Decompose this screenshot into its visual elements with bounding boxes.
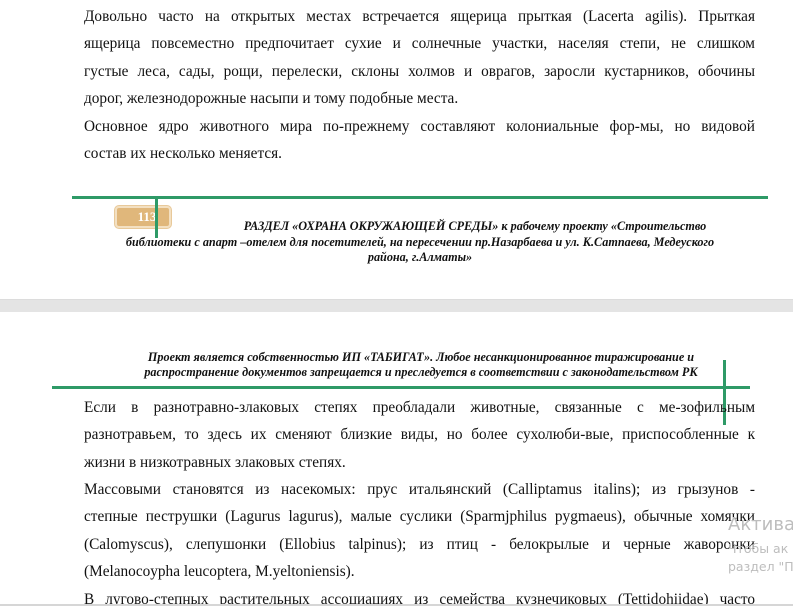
page-footer: РАЗДЕЛ «ОХРАНА ОКРУЖАЮЩЕЙ СРЕДЫ» к рабоч… <box>88 219 752 266</box>
paragraph-lizard: Довольно часто на открытых местах встреч… <box>84 3 755 112</box>
footer-line-2: библиотеки с апарт –отелем для посетител… <box>88 235 752 251</box>
header-rule <box>52 386 750 389</box>
text-line: жизни в низкотравных злаковых степях. <box>84 449 755 476</box>
text-line: В лугово-степных растительных ассоциация… <box>84 586 755 606</box>
page-header: Проект является собственностью ИП «ТАБИГ… <box>96 350 746 379</box>
windows-activation-watermark-line-2: раздел "П <box>728 559 793 574</box>
text-line: Если в разнотравно-злаковых степях преоб… <box>84 394 755 421</box>
text-line: разнотравьем, то здесь их сменяют близки… <box>84 421 755 448</box>
header-line-2: распространение документов запрещается и… <box>96 365 746 380</box>
text-line: Массовыми становятся из насекомых: прус … <box>84 476 755 503</box>
text-line: степные пеструшки (Lagurus lagurus), мал… <box>84 503 755 530</box>
text-line: густые леса, сады, рощи, перелески, скло… <box>84 58 755 85</box>
page-gap <box>0 299 793 312</box>
header-line-1: Проект является собственностью ИП «ТАБИГ… <box>96 350 746 365</box>
paragraph-steppe-animals: Если в разнотравно-злаковых степях преоб… <box>84 394 755 476</box>
footer-line-1: РАЗДЕЛ «ОХРАНА ОКРУЖАЮЩЕЙ СРЕДЫ» к рабоч… <box>88 219 752 235</box>
text-line: ящерица повсеместно предпочитает сухие и… <box>84 30 755 57</box>
text-line: дорог, железнодорожные насыпи и тому под… <box>84 85 755 112</box>
windows-activation-watermark-title: Актива <box>728 514 793 535</box>
document-page-1: Довольно часто на открытых местах встреч… <box>0 0 793 299</box>
footer-rule <box>72 196 768 199</box>
footer-line-3: района, г.Алматы» <box>88 250 752 266</box>
text-line: Довольно часто на открытых местах встреч… <box>84 3 755 30</box>
text-line: (Melanocoypha leucoptera, M.yeltoniensis… <box>84 558 755 585</box>
windows-activation-watermark-line-1: Чтобы ак <box>728 541 788 556</box>
text-line: (Calomyscus), слепушонки (Ellobius talpi… <box>84 531 755 558</box>
text-line: Основное ядро животного мира по-прежнему… <box>84 113 755 140</box>
paragraph-mass-species: Массовыми становятся из насекомых: прус … <box>84 476 755 585</box>
text-line: состав их несколько меняется. <box>84 140 755 167</box>
paragraph-fauna-core: Основное ядро животного мира по-прежнему… <box>84 113 755 168</box>
paragraph-meadow-steppe: В лугово-степных растительных ассоциация… <box>84 586 755 606</box>
